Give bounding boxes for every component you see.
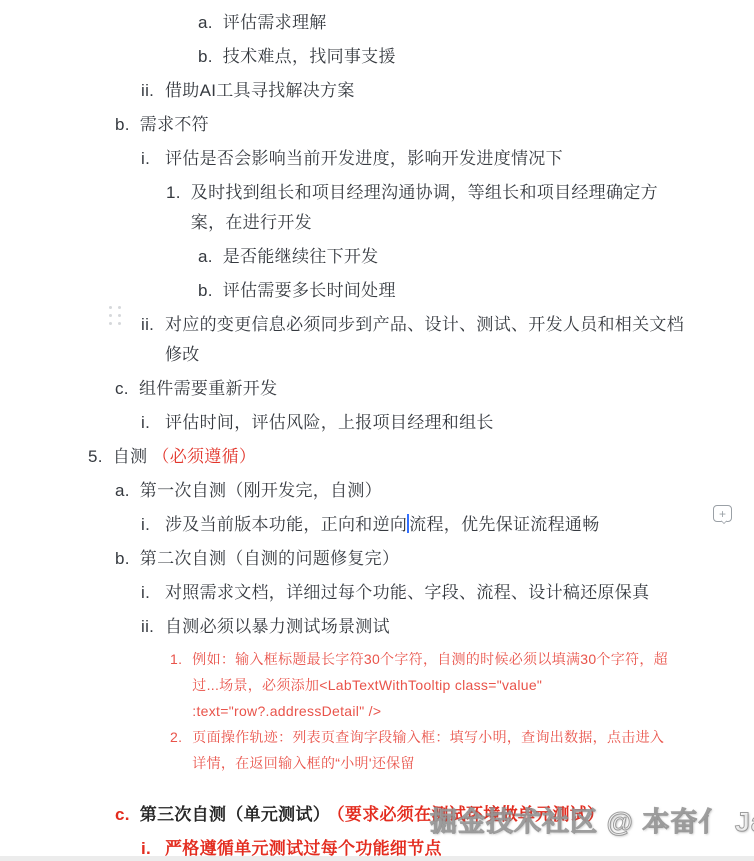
heading-text: 自测 <box>113 447 153 466</box>
heading-required-note: （必须遵循） <box>152 447 256 466</box>
list-item-text: 评估需要多长时间处理 <box>223 276 692 306</box>
list-item[interactable]: i. 对照需求文档，详细过每个功能、字段、流程、设计稿还原保真 <box>0 578 754 608</box>
list-item-text: 技术难点，找同事支援 <box>223 42 692 72</box>
list-item-text: 对应的变更信息必须同步到产品、设计、测试、开发人员和相关文档修改 <box>165 310 692 370</box>
list-item-marker: a. <box>115 476 130 506</box>
bottom-divider <box>0 856 754 861</box>
list-item[interactable]: ii. 借助AI工具寻找解决方案 <box>0 76 754 106</box>
list-item[interactable]: b. 第二次自测（自测的问题修复完） <box>0 544 754 574</box>
list-item-text: 借助AI工具寻找解决方案 <box>165 76 692 106</box>
list-item[interactable]: b. 技术难点，找同事支援 <box>0 42 754 72</box>
list-item[interactable]: a. 第一次自测（刚开发完，自测） <box>0 476 754 506</box>
list-item-marker: 5. <box>88 442 103 472</box>
add-comment-icon[interactable]: + <box>713 505 732 522</box>
list-item[interactable]: ii. 自测必须以暴力测试场景测试 <box>0 612 754 642</box>
list-item-text: 评估时间，评估风险，上报项目经理和组长 <box>165 408 692 438</box>
list-item-text: 第三次自测（单元测试）（要求必须在测试环境做单元测试） <box>140 800 692 830</box>
list-item[interactable]: b. 评估需要多长时间处理 <box>0 276 754 306</box>
list-item-text: 组件需要重新开发 <box>139 374 692 404</box>
list-item-red-note[interactable]: 2. 页面操作轨迹：列表页查询字段输入框：填写小明，查询出数据，点击进入详情，在… <box>0 724 754 776</box>
list-item-text: 是否能继续往下开发 <box>223 242 692 272</box>
list-item-marker: b. <box>198 276 213 306</box>
text-after-cursor: 流程，优先保证流程通畅 <box>409 515 599 534</box>
list-item-marker: i. <box>141 578 155 608</box>
list-item-text: 对照需求文档，详细过每个功能、字段、流程、设计稿还原保真 <box>165 578 692 608</box>
document-body: a. 评估需求理解 b. 技术难点，找同事支援 ii. 借助AI工具寻找解决方案… <box>0 0 754 861</box>
list-item-marker: c. <box>115 374 129 404</box>
list-item-self-test-heading[interactable]: 5. 自测 （必须遵循） <box>0 442 754 472</box>
list-item-third-self-test[interactable]: c. 第三次自测（单元测试）（要求必须在测试环境做单元测试） <box>0 800 754 830</box>
plus-icon: + <box>719 508 726 520</box>
list-item[interactable]: a. 是否能继续往下开发 <box>0 242 754 272</box>
list-item-text: 涉及当前版本功能，正向和逆向流程，优先保证流程通畅 <box>165 510 692 540</box>
list-item-marker: ii. <box>141 76 155 106</box>
list-item-text: 页面操作轨迹：列表页查询字段输入框：填写小明，查询出数据，点击进入详情，在返回输… <box>192 724 676 776</box>
list-item-text: 自测 （必须遵循） <box>113 442 692 472</box>
list-item-marker: 1. <box>166 178 181 208</box>
list-item-marker: i. <box>141 510 155 540</box>
list-item-text: 第一次自测（刚开发完，自测） <box>140 476 692 506</box>
list-item-marker: 2. <box>170 724 182 750</box>
list-item-marker: c. <box>115 800 130 830</box>
list-item[interactable]: a. 评估需求理解 <box>0 8 754 38</box>
third-test-label: 第三次自测（单元测试） <box>140 805 330 824</box>
list-item-marker: i. <box>141 144 155 174</box>
list-item-marker: b. <box>115 110 130 140</box>
third-test-requirement: （要求必须在测试环境做单元测试） <box>336 805 604 824</box>
list-item-marker: ii. <box>141 612 155 642</box>
list-item-marker: b. <box>115 544 130 574</box>
list-item-red-note[interactable]: 1. 例如：输入框标题最长字符30个字符，自测的时候必须以填满30个字符，超过.… <box>0 646 754 724</box>
text-before-cursor: 涉及当前版本功能，正向和逆向 <box>165 515 407 534</box>
list-item-text: 自测必须以暴力测试场景测试 <box>165 612 692 642</box>
list-item[interactable]: i. 评估时间，评估风险，上报项目经理和组长 <box>0 408 754 438</box>
list-item-with-cursor[interactable]: i. 涉及当前版本功能，正向和逆向流程，优先保证流程通畅 <box>0 510 754 540</box>
list-item-text: 第二次自测（自测的问题修复完） <box>140 544 692 574</box>
list-item-marker: i. <box>141 408 155 438</box>
list-item-text: 评估需求理解 <box>223 8 692 38</box>
list-item-text: 评估是否会影响当前开发进度，影响开发进度情况下 <box>165 144 692 174</box>
list-item[interactable]: b. 需求不符 <box>0 110 754 140</box>
list-item-text: 需求不符 <box>140 110 692 140</box>
list-item[interactable]: i. 评估是否会影响当前开发进度，影响开发进度情况下 <box>0 144 754 174</box>
list-item-marker: ii. <box>141 310 155 340</box>
list-item-marker: 1. <box>170 646 182 672</box>
list-item-text: 例如：输入框标题最长字符30个字符，自测的时候必须以填满30个字符，超过...场… <box>192 646 676 724</box>
list-item-marker: b. <box>198 42 213 72</box>
list-item[interactable]: c. 组件需要重新开发 <box>0 374 754 404</box>
list-item-marker: a. <box>198 242 213 272</box>
drag-handle-icon[interactable] <box>109 306 124 326</box>
list-item-marker: a. <box>198 8 213 38</box>
list-item-text: 及时找到组长和项目经理沟通协调，等组长和项目经理确定方案，在进行开发 <box>191 178 692 238</box>
list-item[interactable]: 1. 及时找到组长和项目经理沟通协调，等组长和项目经理确定方案，在进行开发 <box>0 178 754 238</box>
